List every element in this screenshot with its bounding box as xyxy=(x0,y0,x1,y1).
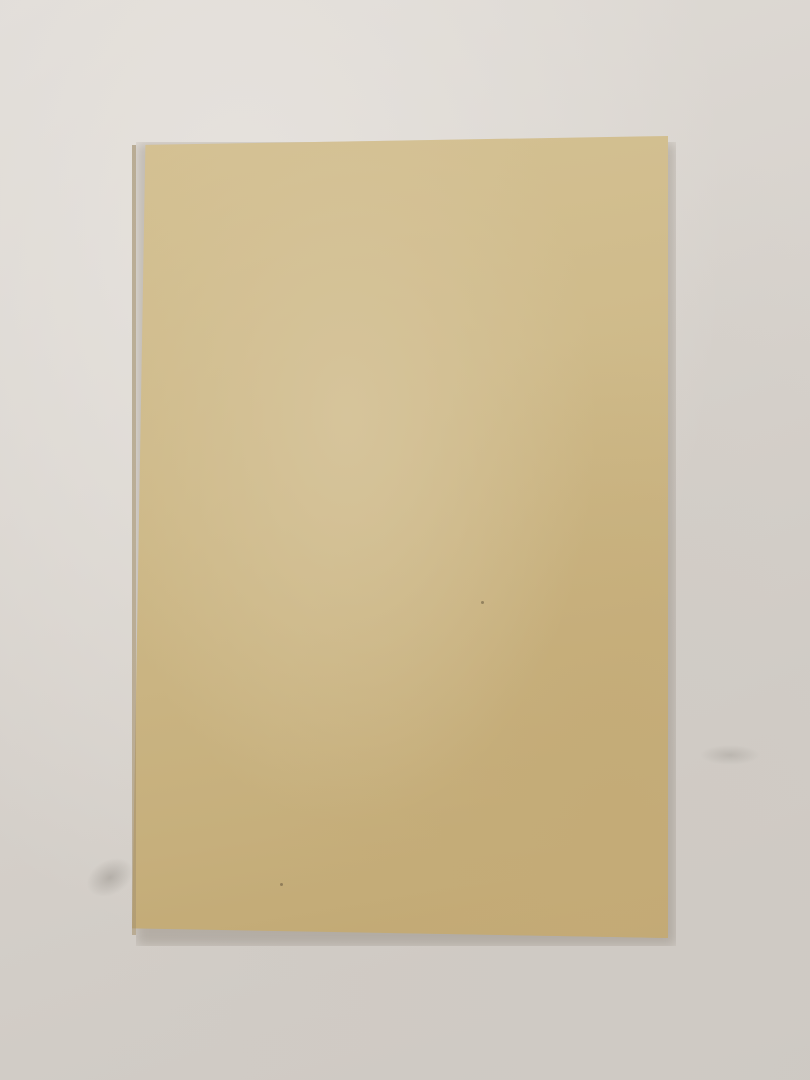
paper-fleck xyxy=(280,883,283,886)
paper-spine-edge xyxy=(132,145,136,935)
paper-fleck xyxy=(481,601,484,604)
surface-smudge xyxy=(700,745,760,765)
blank-paper-cover xyxy=(132,136,668,938)
